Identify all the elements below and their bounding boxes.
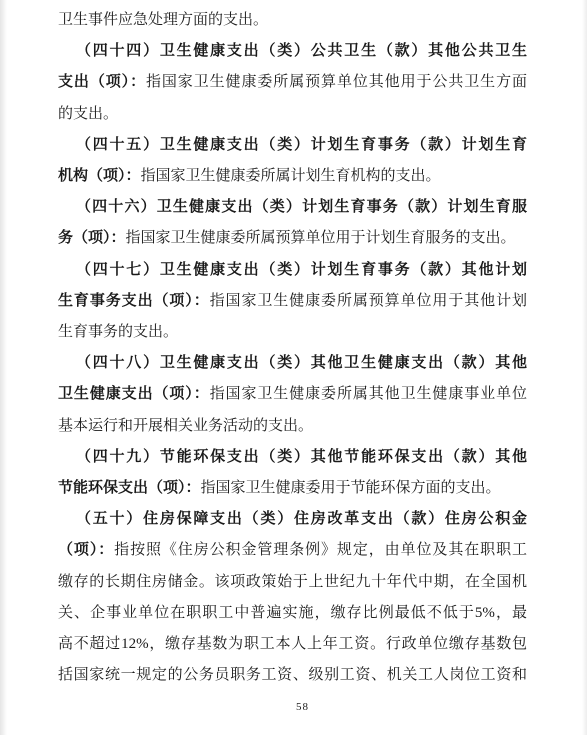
clause-title: （四十五）卫生健康支出（类）计划生育事务（款）计划生育	[76, 137, 527, 153]
clause-definition: 关、企事业单位在职职工中普遍实施，缴存比例最低不低于5%，最	[58, 605, 527, 621]
text-line: 缴存的长期住房储金。该项政策始于上世纪九十年代中期，在全国机	[58, 567, 527, 598]
text-line: （四十九）节能环保支出（类）其他节能环保支出（款）其他	[58, 442, 527, 473]
text-line: 支出（项）：指国家卫生健康委所属预算单位其他用于公共卫生方面	[58, 67, 527, 98]
text-line: （五十）住房保障支出（类）住房改革支出（款）住房公积金	[58, 504, 527, 535]
clause-definition: 括国家统一规定的公务员职务工资、级别工资、机关工人岗位工资和	[58, 667, 527, 683]
clause-definition: 指按照《住房公积金管理条例》规定，由单位及其在职职工	[114, 542, 527, 558]
text-line: 生育事务的支出。	[58, 317, 527, 348]
text-line: （四十四）卫生健康支出（类）公共卫生（款）其他公共卫生	[58, 36, 527, 67]
paragraph-item-45: （四十五）卫生健康支出（类）计划生育事务（款）计划生育 机构（项）：指国家卫生健…	[58, 130, 527, 192]
clause-title: （五十）住房保障支出（类）住房改革支出（款）住房公积金	[76, 511, 527, 527]
clause-title: （项）：	[58, 542, 114, 558]
text-line: 基本运行和开展相关业务活动的支出。	[58, 411, 527, 442]
clause-title: 生育事务支出（项）：	[58, 293, 210, 309]
clause-title: 卫生健康支出（项）：	[58, 386, 210, 402]
clause-definition: 高不超过12%，缴存基数为职工本人上年工资。行政单位缴存基数包	[58, 636, 527, 652]
text-line: 机构（项）：指国家卫生健康委所属计划生育机构的支出。	[58, 161, 527, 192]
paragraph-item-46: （四十六）卫生健康支出（类）计划生育事务（款）计划生育服 务（项）：指国家卫生健…	[58, 192, 527, 254]
clause-definition: 指国家卫生健康委所属预算单位用于计划生育服务的支出。	[126, 230, 516, 246]
text-line: 关、企事业单位在职职工中普遍实施，缴存比例最低不低于5%，最	[58, 598, 527, 629]
text-line: （四十七）卫生健康支出（类）计划生育事务（款）其他计划	[58, 255, 527, 286]
text-line: （四十八）卫生健康支出（类）其他卫生健康支出（款）其他	[58, 348, 527, 379]
paragraph-continuation: 卫生事件应急处理方面的支出。	[58, 5, 527, 36]
clause-title: （四十九）节能环保支出（类）其他节能环保支出（款）其他	[76, 449, 527, 465]
clause-definition: 指国家卫生健康委所属计划生育机构的支出。	[141, 168, 441, 184]
clause-definition: 缴存的长期住房储金。该项政策始于上世纪九十年代中期，在全国机	[58, 574, 527, 590]
text-line: 务（项）：指国家卫生健康委所属预算单位用于计划生育服务的支出。	[58, 223, 527, 254]
clause-definition: 指国家卫生健康委所属其他卫生健康事业单位	[210, 386, 527, 402]
page-number: 58	[68, 700, 537, 714]
text-line: （四十六）卫生健康支出（类）计划生育事务（款）计划生育服	[58, 192, 527, 223]
clause-title: 务（项）：	[58, 230, 126, 246]
clause-definition: 指国家卫生健康委所属预算单位用于其他计划	[210, 293, 527, 309]
paragraph-item-50: （五十）住房保障支出（类）住房改革支出（款）住房公积金 （项）：指按照《住房公积…	[58, 504, 527, 691]
text-line: （四十五）卫生健康支出（类）计划生育事务（款）计划生育	[58, 130, 527, 161]
paragraph-item-49: （四十九）节能环保支出（类）其他节能环保支出（款）其他 节能环保支出（项）：指国…	[58, 442, 527, 504]
text-line: 高不超过12%，缴存基数为职工本人上年工资。行政单位缴存基数包	[58, 629, 527, 660]
clause-title: 支出（项）：	[58, 74, 146, 90]
clause-title: 节能环保支出（项）：	[58, 480, 201, 496]
clause-definition: 卫生事件应急处理方面的支出。	[58, 12, 268, 28]
clause-definition: 指国家卫生健康委用于节能环保方面的支出。	[201, 480, 501, 496]
text-line: 生育事务支出（项）：指国家卫生健康委所属预算单位用于其他计划	[58, 286, 527, 317]
clause-title: （四十七）卫生健康支出（类）计划生育事务（款）其他计划	[76, 262, 527, 278]
paragraph-item-47: （四十七）卫生健康支出（类）计划生育事务（款）其他计划 生育事务支出（项）：指国…	[58, 255, 527, 349]
document-page: 卫生事件应急处理方面的支出。 （四十四）卫生健康支出（类）公共卫生（款）其他公共…	[0, 0, 587, 735]
text-line: 节能环保支出（项）：指国家卫生健康委用于节能环保方面的支出。	[58, 473, 527, 504]
clause-title: （四十八）卫生健康支出（类）其他卫生健康支出（款）其他	[76, 355, 527, 371]
clause-title: 机构（项）：	[58, 168, 141, 184]
text-line: 卫生健康支出（项）：指国家卫生健康委所属其他卫生健康事业单位	[58, 379, 527, 410]
paragraph-item-44: （四十四）卫生健康支出（类）公共卫生（款）其他公共卫生 支出（项）：指国家卫生健…	[58, 36, 527, 130]
clause-definition: 生育事务的支出。	[58, 324, 178, 340]
clause-definition: 指国家卫生健康委所属预算单位其他用于公共卫生方面	[146, 74, 527, 90]
text-line: 的支出。	[58, 99, 527, 130]
text-line: （项）：指按照《住房公积金管理条例》规定，由单位及其在职职工	[58, 535, 527, 566]
clause-definition: 基本运行和开展相关业务活动的支出。	[58, 418, 313, 434]
text-line: 卫生事件应急处理方面的支出。	[58, 5, 527, 36]
clause-title: （四十六）卫生健康支出（类）计划生育事务（款）计划生育服	[76, 199, 527, 215]
clause-definition: 的支出。	[58, 106, 118, 122]
paragraph-item-48: （四十八）卫生健康支出（类）其他卫生健康支出（款）其他 卫生健康支出（项）：指国…	[58, 348, 527, 442]
clause-title: （四十四）卫生健康支出（类）公共卫生（款）其他公共卫生	[76, 43, 527, 59]
text-line: 括国家统一规定的公务员职务工资、级别工资、机关工人岗位工资和	[58, 660, 527, 691]
